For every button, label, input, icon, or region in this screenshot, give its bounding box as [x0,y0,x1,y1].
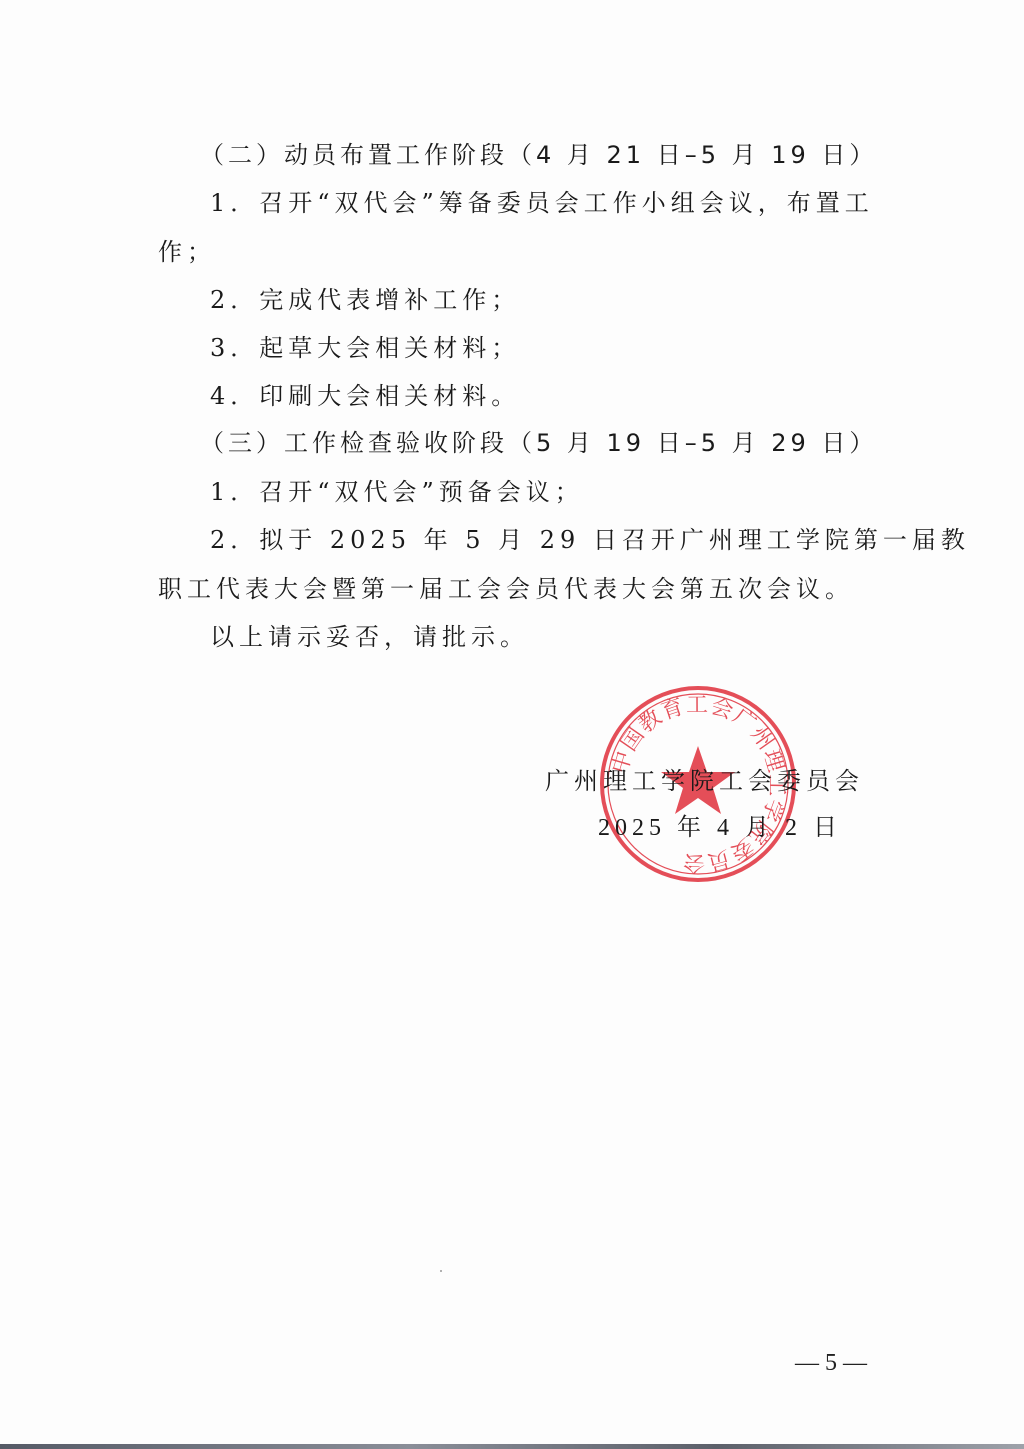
signature-date: 2025 年 4 月 2 日 [598,813,842,843]
list-item: 3．起草大会相关材料； [210,333,520,363]
list-item-continuation: 作； [158,237,216,267]
closing-request: 以上请示妥否，请批示。 [210,622,529,652]
signature-organization: 广州理工学院工会委员会 [545,766,864,796]
section-heading-3: （三）工作检查验收阶段（5 月 19 日–5 月 29 日） [200,428,877,458]
list-item: 4．印刷大会相关材料。 [210,381,520,411]
scan-speck [440,1270,442,1272]
section-heading-2: （二）动员布置工作阶段（4 月 21 日–5 月 19 日） [200,140,877,170]
list-item: 2．完成代表增补工作； [210,285,520,315]
list-item: 1．召开“双代会”筹备委员会工作小组会议，布置工 [210,188,874,218]
document-page: （二）动员布置工作阶段（4 月 21 日–5 月 19 日） 1．召开“双代会”… [0,0,1024,1449]
list-item-continuation: 职工代表大会暨第一届工会会员代表大会第五次会议。 [158,574,854,604]
list-item: 2．拟于 2025 年 5 月 29 日召开广州理工学院第一届教 [210,525,970,555]
scan-edge-bar [0,1444,1024,1449]
list-item: 1．召开“双代会”预备会议； [210,477,584,507]
page-number: — 5 — [795,1348,867,1378]
